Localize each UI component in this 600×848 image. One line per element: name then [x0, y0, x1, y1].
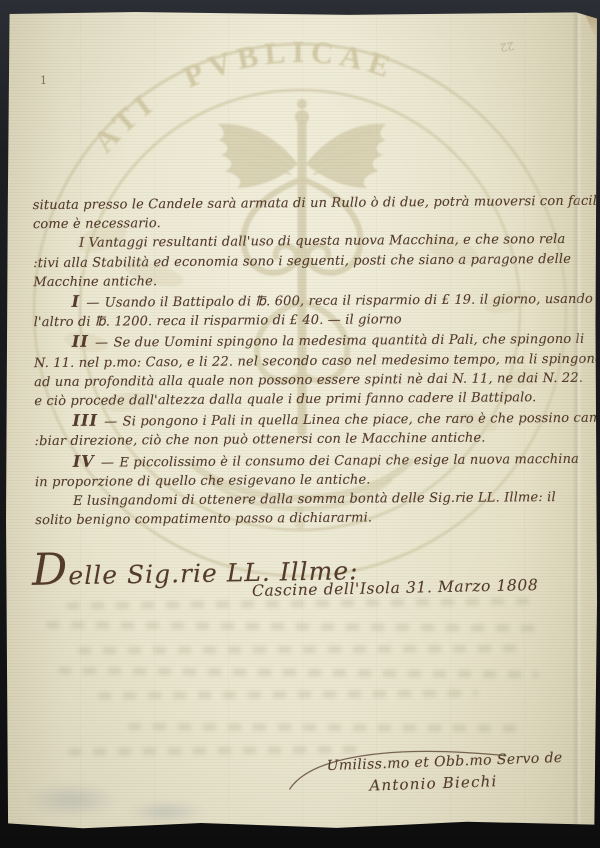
line-text: ad una profondità alla quale non possono… [34, 371, 583, 390]
numeral-dash: — [91, 336, 113, 351]
line-text: come è necessario. [33, 216, 161, 232]
line-text: :tivi alla Stabilità ed economia sono i … [33, 252, 571, 271]
line-text: in proporzione di quello che esigevano l… [35, 472, 371, 490]
numeral-dash: — [97, 455, 119, 470]
line-text: Si pongono i Pali in quella Linea che pi… [123, 411, 600, 430]
line-text: Macchine antiche. [33, 274, 157, 290]
roman-numeral: I [71, 292, 80, 311]
line-text: e ciò procede dall'altezza dalla quale i… [34, 390, 536, 409]
signature-flourish-icon [280, 735, 532, 804]
roman-numeral: II [72, 332, 89, 351]
manuscript-page: ATI PVBLICAE [6, 12, 597, 832]
numeral-dash: — [100, 415, 122, 430]
signature-block: Umiliss.mo et Obb.mo Servo de Antonio Bi… [326, 750, 563, 796]
manuscript-body: situata presso le Candele sarà armata di… [33, 192, 581, 531]
line-text: Se due Uomini spingono la medesima quant… [113, 332, 584, 351]
ink-smudge [126, 800, 206, 824]
line-text: E piccolissimo è il consumo dei Canapi c… [119, 452, 579, 471]
roman-numeral: III [72, 411, 98, 430]
left-margin-mark: 1 [40, 74, 47, 87]
top-right-pencil-mark: 22 [499, 39, 515, 54]
line-text: situata presso le Candele sarà armata di… [33, 194, 600, 214]
numeral-dash: — [82, 296, 104, 311]
line-text: I Vantaggi resultanti dall'uso di questa… [79, 232, 565, 251]
line-text: Usando il Battipalo di ℔. 600, reca il r… [105, 292, 593, 311]
roman-numeral: IV [73, 451, 95, 470]
line-text: N. 11. nel p.mo: Caso, e li 22. nel seco… [34, 351, 600, 370]
ink-smudge [24, 782, 119, 818]
manuscript-line: IV — E piccolissimo è il consumo dei Can… [35, 447, 580, 472]
line-text: E lusingandomi di ottenere dalla somma b… [73, 490, 556, 509]
line-text: l'altro di ℔. 1200. reca il risparmio di… [34, 312, 402, 330]
line-text: solito benigno compatimento passo a dich… [35, 511, 372, 529]
photo-background: ATI PVBLICAE [0, 0, 600, 848]
line-text: :biar direzione, ciò che non può ottener… [35, 431, 486, 450]
